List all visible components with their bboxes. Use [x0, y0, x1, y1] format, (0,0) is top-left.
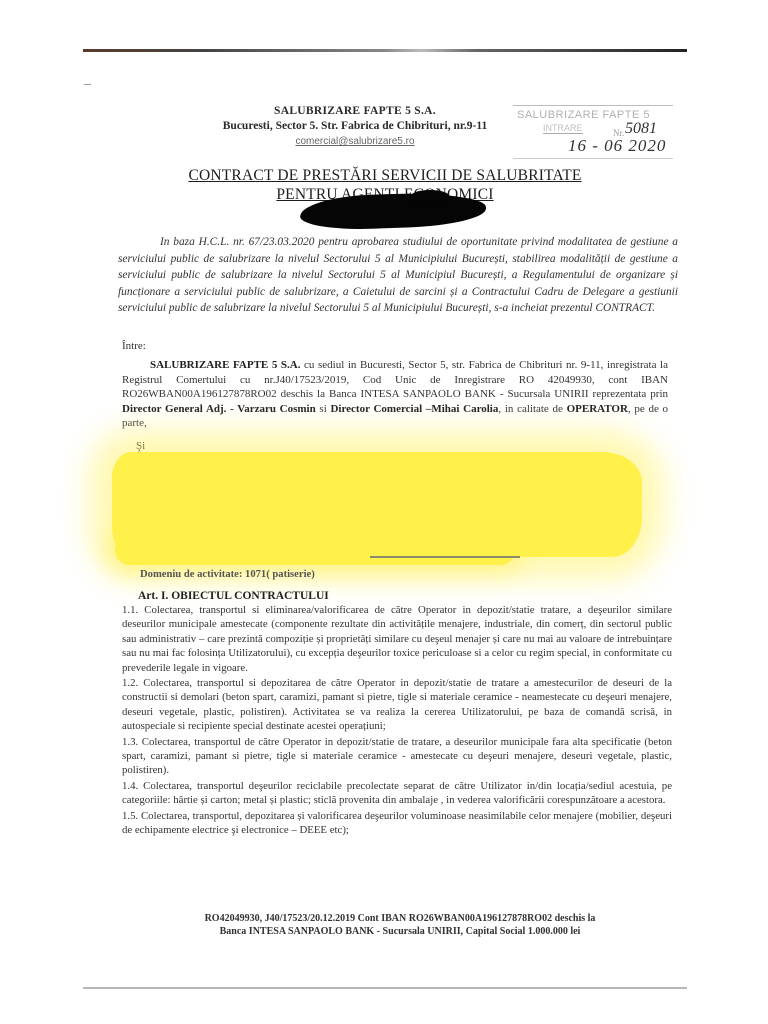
- article-heading: Art. I. OBIECTUL CONTRACTULUI: [138, 590, 672, 602]
- page-footer: RO42049930, J40/17523/20.12.2019 Cont IB…: [150, 912, 650, 938]
- footer-line-2: Banca INTESA SANPAOLO BANK - Sucursala U…: [150, 925, 650, 938]
- preamble-text: In baza H.C.L. nr. 67/23.03.2020 pentru …: [118, 234, 678, 317]
- clause-1-1: 1.1. Colectarea, transportul si eliminar…: [122, 603, 672, 675]
- clause-1-4: 1.4. Colectarea, transportul deşeurilor …: [122, 779, 672, 808]
- signature-underline: [370, 556, 520, 558]
- parties-intro: Între:: [122, 340, 146, 352]
- preamble: In baza H.C.L. nr. 67/23.03.2020 pentru …: [118, 234, 678, 317]
- company-email: comercial@salubrizare5.ro: [180, 134, 530, 149]
- letterhead: SALUBRIZARE FAPTE 5 S.A. Bucuresti, Sect…: [180, 103, 530, 149]
- operator-and: si: [316, 403, 331, 415]
- stamp-subtitle: INTRARE: [543, 123, 583, 134]
- activity-domain: Domeniu de activitate: 1071( patiserie): [140, 569, 315, 580]
- operator-role: OPERATOR: [567, 403, 628, 415]
- company-name: SALUBRIZARE FAPTE 5 S.A.: [180, 103, 530, 119]
- black-redaction-tail: [410, 190, 450, 204]
- company-address: Bucuresti, Sector 5. Str. Fabrica de Chi…: [180, 119, 530, 134]
- article-1: Art. I. OBIECTUL CONTRACTULUI 1.1. Colec…: [122, 590, 672, 838]
- page-bottom-border: [83, 987, 687, 989]
- registration-stamp: SALUBRIZARE FAPTE 5 INTRARE Nr. 5081 16 …: [513, 105, 673, 159]
- scan-mark: [84, 84, 91, 85]
- operator-rep-2: Director Comercial –Mihai Carolia: [330, 403, 498, 415]
- parties-conjunction: Şi: [136, 440, 145, 452]
- title-line-1: CONTRACT DE PRESTĂRI SERVICII DE SALUBRI…: [150, 166, 620, 185]
- operator-rep-1: Director General Adj. - Varzaru Cosmin: [122, 403, 316, 415]
- operator-party: SALUBRIZARE FAPTE 5 S.A. cu sediul in Bu…: [122, 358, 668, 431]
- footer-line-1: RO42049930, J40/17523/20.12.2019 Cont IB…: [150, 912, 650, 925]
- yellow-redaction-lower: [115, 535, 515, 565]
- clause-1-5: 1.5. Colectarea, transportul, depozitare…: [122, 809, 672, 838]
- clause-1-3: 1.3. Colectarea, transportul de către Op…: [122, 735, 672, 778]
- page-top-border: [83, 49, 687, 52]
- stamp-date: 16 - 06 2020: [568, 136, 666, 156]
- operator-name: SALUBRIZARE FAPTE 5 S.A.: [150, 359, 300, 371]
- clause-1-2: 1.2. Colectarea, transportul si depozita…: [122, 676, 672, 734]
- operator-role-prefix: , in calitate de: [498, 403, 566, 415]
